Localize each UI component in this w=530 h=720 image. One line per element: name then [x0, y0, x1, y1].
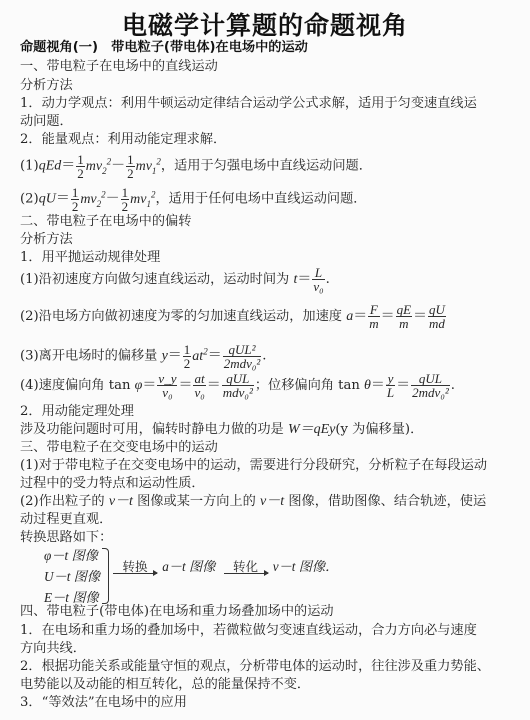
equation-qU: (2)qU＝12mv22－12mv12，适用于任何电场中直线运动问题．	[20, 180, 366, 217]
right-brace-icon	[102, 548, 109, 604]
fraction-half: 12	[71, 186, 80, 213]
section-heading: 命题视角(一) 带电粒子(带电体)在电场中的运动	[20, 40, 308, 56]
equation-deflection-angles: (4)速度偏向角 tan φ＝v_yv₀＝atv₀＝qULmdv₀²；位移偏向角…	[20, 371, 455, 401]
fraction-half: 12	[76, 153, 85, 180]
part2-item1: 1．用平抛运动规律处理	[20, 250, 160, 266]
flow-mid-a-t: a－t 图像	[162, 559, 215, 574]
equation-displacement: (3)离开电场时的偏移量 y＝12at2＝qUL²2mdv₀².	[20, 336, 266, 372]
flow-chain: 转换 a－t 图像 转化 v－t 图像．	[112, 556, 338, 575]
flow-input-phi-t: φ－t 图像	[44, 545, 98, 564]
part1-item2: 2．能量观点：利用动能定理求解．	[20, 132, 226, 148]
part3-p1-line1: (1)对于带电粒子在交变电场中的运动，需要进行分段研究，分析粒子在每段运动	[20, 458, 487, 474]
part4-item3: 3．“等效法”在电场中的应用	[20, 695, 187, 711]
equation-time: (1)沿初速度方向做匀速直线运动，运动时间为 t＝Lv₀.	[20, 266, 330, 294]
part4-item1-line1: 1．在电场和重力场的叠加场中，若微粒做匀变速直线运动，合力方向必与速度	[20, 623, 477, 639]
part2-item2-text: 涉及功能问题时可用，偏转时静电力做的功是 W＝qEy(y 为偏移量)．	[20, 422, 423, 438]
part2-heading: 二、带电粒子在电场中的偏转	[20, 214, 191, 230]
fraction-half: 12	[126, 153, 135, 180]
flow-intro: 转换思路如下：	[20, 530, 112, 546]
page-title: 电磁学计算题的命题视角	[0, 6, 530, 42]
part1-item1-line1: 1．动力学观点：利用牛顿运动定律结合运动学公式求解，适用于匀变速直线运	[20, 96, 477, 112]
arrow-transform: 转化	[224, 560, 268, 574]
part2-method-label: 分析方法	[20, 232, 73, 248]
fraction-L-v0: Lv₀	[312, 266, 324, 293]
flow-end-v-t: v－t 图像．	[273, 559, 339, 574]
right-arrow-icon	[113, 573, 157, 574]
part1-heading: 一、带电粒子在电场中的直线运动	[20, 59, 218, 75]
arrow-convert: 转换	[113, 560, 157, 574]
part4-item2-line1: 2．根据功能关系或能量守恒的观点，分析带电体的运动时，往往涉及重力势能、	[20, 659, 490, 675]
part4-item2-line2: 电势能以及动能的相互转化，总的能量保持不变．	[20, 677, 310, 693]
fraction-half: 12	[121, 186, 130, 213]
part1-method-label: 分析方法	[20, 78, 73, 94]
equation-qEd: (1)qEd＝12mv22－12mv12，适用于匀强电场中直线运动问题．	[20, 147, 372, 184]
part2-item2: 2．用动能定理处理	[20, 404, 134, 420]
equation-acceleration: (2)沿电场方向做初速度为零的匀加速直线运动，加速度 a＝Fm＝qEm＝qUmd	[20, 302, 447, 332]
part4-heading: 四、带电粒子(带电体)在电场和重力场叠加场中的运动	[20, 604, 334, 620]
part3-p2-line1: (2)作出粒子的 v－t 图像或某一方向上的 v－t 图像，借助图像、结合轨迹，…	[20, 494, 486, 510]
part1-item1-line2: 动问题．	[20, 114, 73, 130]
part3-p2-line2: 动过程更直观．	[20, 512, 112, 528]
part3-heading: 三、带电粒子在交变电场中的运动	[20, 440, 218, 456]
flow-input-U-t: U－t 图像	[44, 566, 100, 585]
conversion-flow-diagram: φ－t 图像 U－t 图像 E－t 图像 转换 a－t 图像 转化 v－t 图像…	[44, 545, 344, 605]
part4-item1-line2: 方向共线．	[20, 641, 86, 657]
right-arrow-icon	[224, 573, 268, 574]
part3-p1-line2: 过程中的受力特点和运动性质．	[20, 476, 205, 492]
